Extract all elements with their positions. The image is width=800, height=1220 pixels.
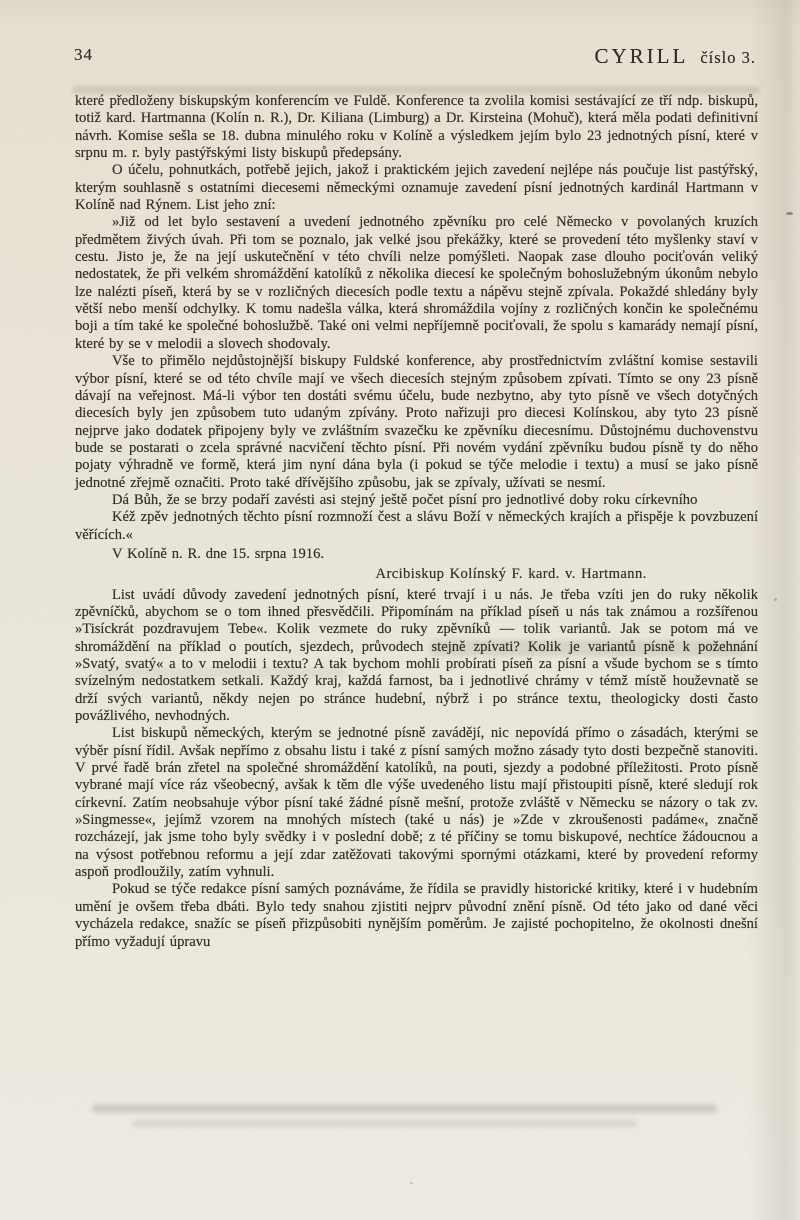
paragraph: List uvádí důvody zavedení jednotných pí… [75, 587, 758, 726]
paragraph: Pokud se týče redakce písní samých pozná… [75, 881, 758, 950]
journal-issue: číslo 3. [700, 48, 756, 67]
date-line: V Kolíně n. R. dne 15. srpna 1916. [75, 546, 758, 563]
quote-paragraph: Dá Bůh, že se brzy podaří zavésti asi st… [75, 492, 758, 509]
journal-header: CYRILL číslo 3. [595, 44, 757, 69]
page-number: 34 [74, 45, 93, 65]
signature-line: Arcibiskup Kolínský F. kard. v. Hartmann… [376, 566, 758, 583]
quote-paragraph: Vše to přimělo nejdůstojnější biskupy Fu… [75, 353, 758, 492]
scanned-page: { "page": { "number": "34", "journal": "… [0, 0, 800, 1220]
paragraph: List biskupů německých, kterým se jednot… [75, 725, 758, 881]
quote-paragraph: Kéž zpěv jednotných těchto písní rozmnož… [75, 509, 758, 544]
page-top-shade [0, 0, 800, 26]
journal-title: CYRILL [595, 44, 689, 68]
quote-paragraph: »Již od let bylo sestavení a uvedení jed… [75, 214, 758, 353]
paragraph: O účelu, pohnutkách, potřebě jejich, jak… [75, 162, 758, 214]
article-body: které předloženy biskupským konferencím … [75, 93, 758, 951]
paragraph: které předloženy biskupským konferencím … [75, 93, 758, 162]
